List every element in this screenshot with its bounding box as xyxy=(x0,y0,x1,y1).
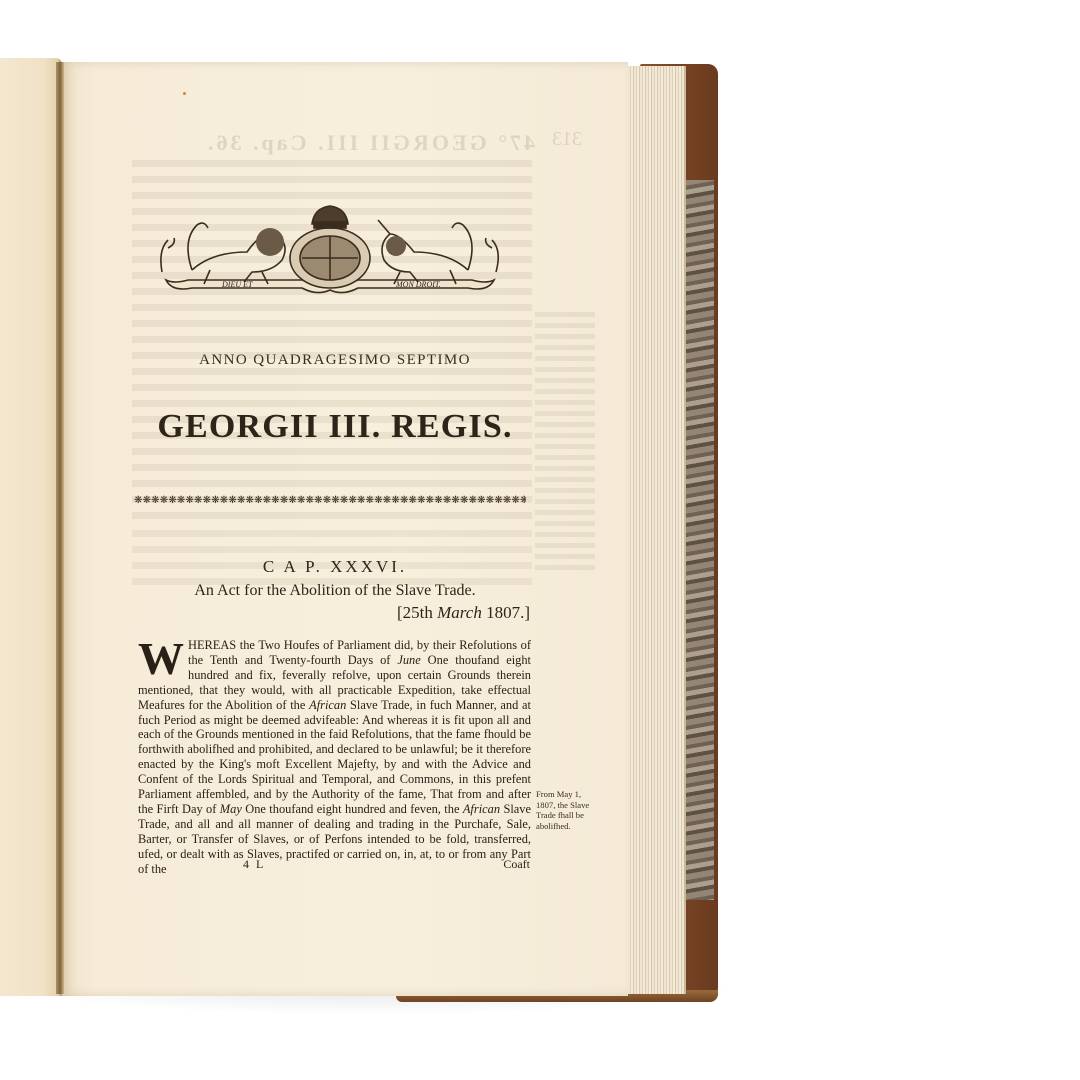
bleed-through-running-head: 47° GEORGII III. Cap. 36. xyxy=(190,130,550,156)
act-title: An Act for the Abolition of the Slave Tr… xyxy=(130,582,540,600)
date-year: 1807. xyxy=(486,603,524,622)
act-date: [25th March 1807.] xyxy=(360,603,530,623)
ornamental-rule: ❋❋❋❋❋❋❋❋❋❋❋❋❋❋❋❋❋❋❋❋❋❋❋❋❋❋❋❋❋❋❋❋❋❋❋❋❋❋❋❋… xyxy=(134,495,526,507)
italic-segment: African xyxy=(463,802,500,816)
chapter-number: C A P. XXXVI. xyxy=(130,557,540,577)
italic-segment: May xyxy=(220,802,242,816)
book-gutter xyxy=(56,62,64,994)
motto-right: MON DROIT. xyxy=(395,280,441,289)
marbled-endpaper xyxy=(682,180,714,900)
bleed-through-page-number: 313 xyxy=(552,128,582,151)
text-segment: Slave Trade, in fuch Manner, and at fuch… xyxy=(138,698,531,816)
reign-title: GEORGII III. REGIS. xyxy=(130,403,540,451)
act-preamble-paragraph: HEREAS the Two Houfes of Parliament did,… xyxy=(138,638,531,877)
motto-left: DIEU ET xyxy=(221,280,253,289)
date-month: March xyxy=(437,603,482,622)
book-photograph: 47° GEORGII III. Cap. 36. 313 xyxy=(0,0,1080,1080)
foxing-spot xyxy=(183,92,186,95)
royal-coat-of-arms-icon: DIEU ET MON DROIT. xyxy=(152,200,508,304)
marginal-note: From May 1, 1807, the Slave Trade fhall … xyxy=(536,789,598,831)
italic-segment: June xyxy=(397,653,420,667)
date-close-bracket: ] xyxy=(524,603,530,622)
drop-cap: W xyxy=(138,640,184,678)
page-fore-edges xyxy=(622,66,686,994)
italic-segment: African xyxy=(309,698,346,712)
regnal-year-heading: ANNO QUADRAGESIMO SEPTIMO xyxy=(130,352,540,369)
signature-mark: 4 L xyxy=(243,857,265,872)
catchword: Coaft xyxy=(470,857,530,872)
act-body-text: W HEREAS the Two Houfes of Parliament di… xyxy=(138,638,531,877)
bleed-through-marginalia xyxy=(535,312,595,572)
date-day: 25th xyxy=(403,603,433,622)
text-segment: One thoufand eight hundred and feven, th… xyxy=(242,802,463,816)
left-page-verso xyxy=(0,58,62,996)
